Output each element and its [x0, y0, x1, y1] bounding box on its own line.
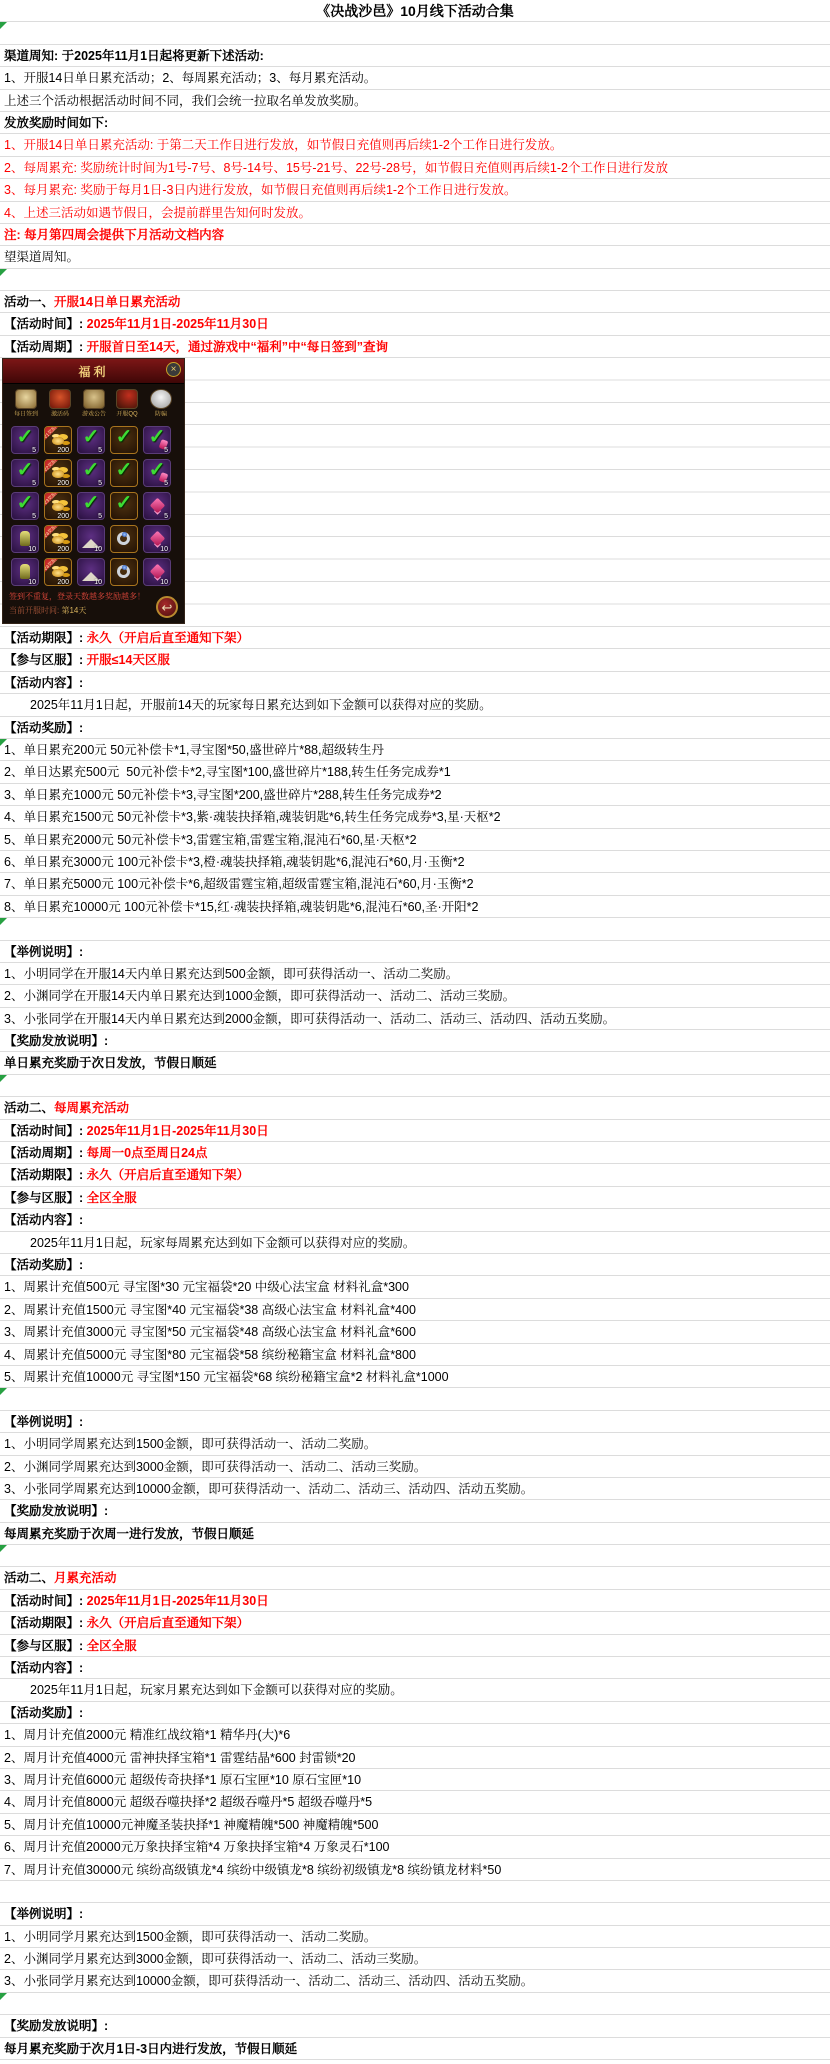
doc-row: 发放奖励时间如下: [0, 112, 830, 134]
reward-tile[interactable]: ✓5 [11, 426, 39, 454]
text-segment: 2025年11月1日-2025年11月30日 [87, 317, 269, 331]
cell-flag-triangle-icon [0, 918, 7, 925]
text-segment: 【活动内容】: [4, 1213, 83, 1227]
welfare-tab-4[interactable]: 防骗 [146, 389, 176, 419]
doc-row: 2、小渊同学在开服14天内单日累充达到1000金额，即可获得活动一、活动二、活动… [0, 985, 830, 1007]
cell-flag-triangle-icon [0, 1993, 7, 2000]
welfare-tab-label: 游戏公告 [81, 410, 107, 419]
text-segment: 【活动期限】: [4, 631, 87, 645]
text-segment: 4、周累计充值5000元 寻宝图*80 元宝福袋*58 缤纷秘籍宝盒 材料礼盒*… [4, 1348, 416, 1362]
text-segment: 4、单日累充1500元 50元补偿卡*3,紫·魂装抉择箱,魂装钥匙*6,转生任务… [4, 810, 501, 824]
blank-row [0, 1075, 830, 1097]
reward-tile[interactable]: ✓5 [11, 492, 39, 520]
text-segment: 2、周累计充值1500元 寻宝图*40 元宝福袋*38 高级心法宝盒 材料礼盒*… [4, 1303, 416, 1317]
doc-row: 6、周月计充值20000元万象抉择宝箱*4 万象抉择宝箱*4 万象灵石*100 [0, 1836, 830, 1858]
item-count: 5 [32, 513, 36, 520]
welfare-tab-icon [116, 389, 138, 409]
doc-row: 【奖励发放说明】: [0, 2015, 830, 2037]
reward-tile[interactable]: ✓5 [77, 426, 105, 454]
blank-row [0, 1881, 830, 1903]
reward-tile[interactable]: V1奖励200 [44, 426, 72, 454]
doc-row: 单日累充奖励于次日发放，节假日顺延 [0, 1052, 830, 1074]
text-segment: 每月累充奖励于次月1日-3日内进行发放，节假日顺延 [4, 2042, 297, 2056]
doc-row: 1、小明同学周累充达到1500金额，即可获得活动一、活动二奖励。 [0, 1433, 830, 1455]
text-segment: 永久（开启后直至通知下架） [87, 1168, 250, 1182]
item-count: 5 [164, 480, 168, 487]
reward-tile[interactable]: 10 [143, 525, 171, 553]
check-icon: ✓ [12, 459, 38, 482]
text-segment: 4、周月计充值8000元 超级吞噬抉择*2 超级吞噬丹*5 超级吞噬丹*5 [4, 1795, 372, 1809]
text-segment: 【奖励发放说明】: [4, 2019, 108, 2033]
cell-flag-triangle-icon [0, 269, 7, 276]
welfare-tab-label: 每日签到 [13, 410, 39, 419]
item-count: 10 [28, 546, 36, 553]
welfare-panel: 福利×每日签到激活码游戏公告开服QQ防骗✓5V1奖励200✓5✓✓5✓5V2奖励… [2, 358, 185, 624]
doc-row: 【活动奖励】: [0, 717, 830, 739]
text-segment: 2025年11月1日-2025年11月30日 [87, 1594, 269, 1608]
item-count: 10 [160, 546, 168, 553]
reward-tile[interactable]: V4奖励200 [44, 525, 72, 553]
doc-row: 【活动内容】: [0, 1209, 830, 1231]
game-screenshot-block: 福利×每日签到激活码游戏公告开服QQ防骗✓5V1奖励200✓5✓✓5✓5V2奖励… [0, 358, 830, 627]
text-segment: 2025年11月1日起，玩家每周累充达到如下金额可以获得对应的奖励。 [30, 1236, 415, 1250]
statue-icon [20, 564, 30, 579]
text-segment: 3、小张同学在开服14天内单日累充达到2000金额，即可获得活动一、活动二、活动… [4, 1012, 615, 1026]
check-icon: ✓ [78, 426, 104, 449]
reward-tile[interactable]: ✓5 [143, 459, 171, 487]
text-segment: 活动二、 [4, 1101, 54, 1115]
text-segment: 5、周累计充值10000元 寻宝图*150 元宝福袋*68 缤纷秘籍宝盒*2 材… [4, 1370, 449, 1384]
text-segment: 每周累充奖励于次周一进行发放，节假日顺延 [4, 1527, 254, 1541]
text-segment: 【参与区服】: [4, 653, 87, 667]
text-segment: 6、单日累充3000元 100元补偿卡*3,橙·魂装抉择箱,魂装钥匙*6,混沌石… [4, 855, 465, 869]
doc-row: 【活动时间】: 2025年11月1日-2025年11月30日 [0, 313, 830, 335]
welfare-tab-1[interactable]: 激活码 [45, 389, 75, 419]
doc-row: 【参与区服】: 全区全服 [0, 1635, 830, 1657]
doc-row: 每月累充奖励于次月1日-3日内进行发放，节假日顺延 [0, 2038, 830, 2060]
welfare-panel-header: 福利× [3, 359, 184, 384]
reward-tile[interactable] [110, 558, 138, 586]
activity-document: 《决战沙邑》10月线下活动合集渠道周知: 于2025年11月1日起将更新下述活动… [0, 0, 830, 2060]
reward-tile[interactable]: 10 [77, 525, 105, 553]
check-icon: ✓ [12, 426, 38, 449]
text-segment: 【活动期限】: [4, 1616, 87, 1630]
doc-row: 7、单日累充5000元 100元补偿卡*6,超级雷霆宝箱,超级雷霆宝箱,混沌石*… [0, 873, 830, 895]
text-segment: 4、上述三活动如遇节假日，会提前群里告知何时发放。 [4, 206, 311, 220]
text-segment: 【参与区服】: [4, 1639, 87, 1653]
doc-row: 【活动期限】: 永久（开启后直至通知下架） [0, 627, 830, 649]
server-day-prefix: 当前开服时间: [9, 606, 61, 615]
text-segment: 注: 每月第四周会提供下月活动文档内容 [4, 228, 224, 242]
item-count: 200 [57, 513, 69, 520]
item-count: 200 [57, 480, 69, 487]
doc-row: 【参与区服】: 全区全服 [0, 1187, 830, 1209]
blank-row [0, 1388, 830, 1410]
statue-icon [20, 531, 30, 546]
reward-tile[interactable]: 5 [143, 492, 171, 520]
item-count: 5 [32, 480, 36, 487]
doc-row: 渠道周知: 于2025年11月1日起将更新下述活动: [0, 45, 830, 67]
text-segment: 8、单日累充10000元 100元补偿卡*15,红·魂装抉择箱,魂装钥匙*6,混… [4, 900, 478, 914]
doc-row: 2、单日达累充500元 50元补偿卡*2,寻宝图*100,盛世碎片*188,转生… [0, 761, 830, 783]
text-segment: 1、周累计充值500元 寻宝图*30 元宝福袋*20 中级心法宝盒 材料礼盒*3… [4, 1280, 409, 1294]
ring-icon [117, 565, 130, 578]
text-segment: 活动二、 [4, 1571, 54, 1585]
pink-crystal-icon [150, 564, 166, 580]
doc-row: 3、周累计充值3000元 寻宝图*50 元宝福袋*48 高级心法宝盒 材料礼盒*… [0, 1321, 830, 1343]
welfare-tabs: 每日签到激活码游戏公告开服QQ防骗 [3, 384, 184, 420]
welfare-tab-0[interactable]: 每日签到 [11, 389, 41, 419]
reward-tile[interactable]: 10 [11, 558, 39, 586]
welfare-tab-label: 激活码 [47, 410, 73, 419]
doc-row: 2、小渊同学周累充达到3000金额，即可获得活动一、活动二、活动三奖励。 [0, 1456, 830, 1478]
text-segment: 7、周月计充值30000元 缤纷高级镇龙*4 缤纷中级镇龙*8 缤纷初级镇龙*8… [4, 1863, 501, 1877]
item-count: 200 [57, 579, 69, 586]
check-icon: ✓ [78, 492, 104, 515]
doc-row: 2、每周累充: 奖励统计时间为1号-7号、8号-14号、15号-21号、22号-… [0, 157, 830, 179]
doc-row: 【活动期限】: 永久（开启后直至通知下架） [0, 1164, 830, 1186]
doc-row: 【活动期限】: 永久（开启后直至通知下架） [0, 1612, 830, 1634]
doc-row: 1、周月计充值2000元 精准红战纹箱*1 精华丹(大)*6 [0, 1724, 830, 1746]
text-segment: 发放奖励时间如下: [4, 116, 108, 130]
doc-row: 3、每月累充: 奖励于每月1日-3日内进行发放，如节假日充值则再后续1-2个工作… [0, 179, 830, 201]
doc-row: 1、单日累充200元 50元补偿卡*1,寻宝图*50,盛世碎片*88,超级转生丹 [0, 739, 830, 761]
doc-row: 3、小张同学月累充达到10000金额，即可获得活动一、活动二、活动三、活动四、活… [0, 1970, 830, 1992]
doc-row: 【举例说明】: [0, 941, 830, 963]
text-segment: 7、单日累充5000元 100元补偿卡*6,超级雷霆宝箱,超级雷霆宝箱,混沌石*… [4, 877, 474, 891]
text-segment: 5、周月计充值10000元神魔圣装抉择*1 神魔精魄*500 神魔精魄*500 [4, 1818, 378, 1832]
text-segment: 【活动奖励】: [4, 1706, 83, 1720]
welfare-tab-icon [15, 389, 37, 409]
check-icon: ✓ [111, 459, 137, 482]
item-count: 10 [160, 579, 168, 586]
welfare-tab-label: 开服QQ [115, 410, 141, 419]
text-segment: 3、每月累充: 奖励于每月1日-3日内进行发放，如节假日充值则再后续1-2个工作… [4, 183, 517, 197]
doc-row: 上述三个活动根据活动时间不同，我们会统一拉取名单发放奖励。 [0, 90, 830, 112]
doc-row: 1、开服14日单日累充活动；2、每周累充活动；3、每月累充活动。 [0, 67, 830, 89]
reward-tile[interactable]: V3奖励200 [44, 492, 72, 520]
text-segment: 开服14日单日累充活动 [54, 295, 180, 309]
doc-row: 望渠道周知。 [0, 246, 830, 268]
pink-crystal-icon [150, 531, 166, 547]
text-segment: 【活动奖励】: [4, 1258, 83, 1272]
item-count: 5 [98, 480, 102, 487]
text-segment: 渠道周知: 于2025年11月1日起将更新下述活动: [4, 49, 264, 63]
ring-icon [117, 532, 130, 545]
text-segment: 2、小渊同学月累充达到3000金额，即可获得活动一、活动二、活动三奖励。 [4, 1952, 426, 1966]
doc-row: 5、周月计充值10000元神魔圣装抉择*1 神魔精魄*500 神魔精魄*500 [0, 1814, 830, 1836]
text-segment: 【举例说明】: [4, 1415, 83, 1429]
text-segment: 2、小渊同学在开服14天内单日累充达到1000金额，即可获得活动一、活动二、活动… [4, 989, 515, 1003]
item-count: 5 [164, 513, 168, 520]
doc-row: 注: 每月第四周会提供下月活动文档内容 [0, 224, 830, 246]
blank-row [0, 918, 830, 940]
item-count: 5 [32, 447, 36, 454]
check-icon: ✓ [12, 492, 38, 515]
text-segment: 单日累充奖励于次日发放，节假日顺延 [4, 1056, 217, 1070]
doc-row: 1、周累计充值500元 寻宝图*30 元宝福袋*20 中级心法宝盒 材料礼盒*3… [0, 1276, 830, 1298]
text-segment: 【参与区服】: [4, 1191, 87, 1205]
doc-row: 2、小渊同学月累充达到3000金额，即可获得活动一、活动二、活动三奖励。 [0, 1948, 830, 1970]
text-segment: 3、小张同学月累充达到10000金额，即可获得活动一、活动二、活动三、活动四、活… [4, 1974, 533, 1988]
reward-tile[interactable]: 10 [143, 558, 171, 586]
text-segment: 【活动时间】: [4, 1594, 87, 1608]
doc-row: 8、单日累充10000元 100元补偿卡*15,红·魂装抉择箱,魂装钥匙*6,混… [0, 896, 830, 918]
welfare-panel-title: 福利 [78, 363, 108, 380]
doc-row: 7、周月计充值30000元 缤纷高级镇龙*4 缤纷中级镇龙*8 缤纷初级镇龙*8… [0, 1859, 830, 1881]
doc-row: 3、单日累充1000元 50元补偿卡*3,寻宝图*200,盛世碎片*288,转生… [0, 784, 830, 806]
doc-row: 【活动时间】: 2025年11月1日-2025年11月30日 [0, 1120, 830, 1142]
item-count: 200 [57, 447, 69, 454]
text-segment: 开服≤14天区服 [87, 653, 170, 667]
doc-row: 3、小张同学在开服14天内单日累充达到2000金额，即可获得活动一、活动二、活动… [0, 1008, 830, 1030]
doc-row: 【活动奖励】: [0, 1702, 830, 1724]
text-segment: 永久（开启后直至通知下架） [87, 1616, 250, 1630]
reward-tile[interactable]: ✓5 [143, 426, 171, 454]
text-segment: 【活动时间】: [4, 317, 87, 331]
text-segment: 1、开服14日单日累充活动；2、每周累充活动；3、每月累充活动。 [4, 71, 376, 85]
text-segment: 每周累充活动 [54, 1101, 129, 1115]
cell-flag-triangle-icon [0, 739, 7, 746]
welfare-tab-2[interactable]: 游戏公告 [79, 389, 109, 419]
item-count: 10 [94, 579, 102, 586]
text-segment: 1、小明同学周累充达到1500金额，即可获得活动一、活动二奖励。 [4, 1437, 376, 1451]
text-segment: 2025年11月1日-2025年11月30日 [87, 1124, 269, 1138]
text-segment: 月累充活动 [54, 1571, 117, 1585]
reward-tile[interactable]: 10 [11, 525, 39, 553]
reward-tile[interactable]: V4奖励200 [44, 558, 72, 586]
item-count: 10 [28, 579, 36, 586]
doc-row: 【奖励发放说明】: [0, 1030, 830, 1052]
text-segment: 3、单日累充1000元 50元补偿卡*3,寻宝图*200,盛世碎片*288,转生… [4, 788, 442, 802]
doc-row: 2025年11月1日起，玩家每周累充达到如下金额可以获得对应的奖励。 [0, 1232, 830, 1254]
text-segment: 望渠道周知。 [4, 250, 79, 264]
doc-row: 2、周月计充值4000元 雷神抉择宝箱*1 雷霆结晶*600 封雷锁*20 [0, 1747, 830, 1769]
cell-flag-triangle-icon [0, 1388, 7, 1395]
text-segment: 【奖励发放说明】: [4, 1504, 108, 1518]
reward-tile[interactable]: ✓5 [11, 459, 39, 487]
doc-row: 4、周累计充值5000元 寻宝图*80 元宝福袋*58 缤纷秘籍宝盒 材料礼盒*… [0, 1344, 830, 1366]
cell-flag-triangle-icon [0, 1075, 7, 1082]
doc-row: 1、开服14日单日累充活动: 于第二天工作日进行发放，如节假日充值则再后续1-2… [0, 134, 830, 156]
doc-row: 4、上述三活动如遇节假日，会提前群里告知何时发放。 [0, 202, 830, 224]
pink-crystal-icon [150, 498, 166, 514]
server-day-value: 第14天 [61, 606, 86, 615]
doc-row: 【参与区服】: 开服≤14天区服 [0, 649, 830, 671]
text-segment: 全区全服 [87, 1191, 137, 1205]
text-segment: 1、小明同学月累充达到1500金额，即可获得活动一、活动二奖励。 [4, 1930, 376, 1944]
text-segment: 1、单日累充200元 50元补偿卡*1,寻宝图*50,盛世碎片*88,超级转生丹 [4, 743, 384, 757]
doc-row: 【活动周期】: 开服首日至14天，通过游戏中“福利”中“每日签到”查询 [0, 336, 830, 358]
doc-row: 3、小张同学周累充达到10000金额，即可获得活动一、活动二、活动三、活动四、活… [0, 1478, 830, 1500]
check-icon: ✓ [78, 459, 104, 482]
text-segment: 6、周月计充值20000元万象抉择宝箱*4 万象抉择宝箱*4 万象灵石*100 [4, 1840, 390, 1854]
blank-row [0, 1993, 830, 2015]
text-segment: 【活动周期】: [4, 340, 87, 354]
text-segment: 1、开服14日单日累充活动: 于第二天工作日进行发放，如节假日充值则再后续1-2… [4, 138, 562, 152]
text-segment: 【活动周期】: [4, 1146, 87, 1160]
text-segment: 【活动期限】: [4, 1168, 87, 1182]
cell-flag-triangle-icon [0, 22, 7, 29]
text-segment: 5、单日累充2000元 50元补偿卡*3,雷霆宝箱,雷霆宝箱,混沌石*60,星·… [4, 833, 417, 847]
reward-tile[interactable]: V2奖励200 [44, 459, 72, 487]
item-count: 200 [57, 546, 69, 553]
reward-tile[interactable]: ✓5 [77, 459, 105, 487]
text-segment: 【奖励发放说明】: [4, 1034, 108, 1048]
doc-row: 2、周累计充值1500元 寻宝图*40 元宝福袋*38 高级心法宝盒 材料礼盒*… [0, 1299, 830, 1321]
text-segment: 《决战沙邑》10月线下活动合集 [316, 3, 514, 19]
doc-row: 5、单日累充2000元 50元补偿卡*3,雷霆宝箱,雷霆宝箱,混沌石*60,星·… [0, 829, 830, 851]
reward-tile[interactable]: ✓ [110, 459, 138, 487]
text-segment: 【活动奖励】: [4, 721, 83, 735]
blank-row [0, 22, 830, 44]
page-title: 《决战沙邑》10月线下活动合集 [0, 0, 830, 22]
text-segment: 活动一、 [4, 295, 54, 309]
doc-row: 1、小明同学月累充达到1500金额，即可获得活动一、活动二奖励。 [0, 1926, 830, 1948]
text-segment: 2025年11月1日起，开服前14天的玩家每日累充达到如下金额可以获得对应的奖励… [30, 698, 492, 712]
doc-row: 【活动内容】: [0, 672, 830, 694]
doc-row: 4、单日累充1500元 50元补偿卡*3,紫·魂装抉择箱,魂装钥匙*6,转生任务… [0, 806, 830, 828]
doc-row: 5、周累计充值10000元 寻宝图*150 元宝福袋*68 缤纷秘籍宝盒*2 材… [0, 1366, 830, 1388]
item-count: 5 [98, 447, 102, 454]
text-segment: 2、单日达累充500元 50元补偿卡*2,寻宝图*100,盛世碎片*188,转生… [4, 765, 451, 779]
text-segment: 3、周月计充值6000元 超级传奇抉择*1 原石宝匣*10 原石宝匣*10 [4, 1773, 361, 1787]
text-segment: 2025年11月1日起，玩家月累充达到如下金额可以获得对应的奖励。 [30, 1683, 403, 1697]
reward-tile[interactable]: 10 [77, 558, 105, 586]
doc-row: 【活动时间】: 2025年11月1日-2025年11月30日 [0, 1590, 830, 1612]
text-segment: 【活动内容】: [4, 1661, 83, 1675]
text-segment: 【活动内容】: [4, 676, 83, 690]
blank-row [0, 1545, 830, 1567]
text-segment: 【举例说明】: [4, 945, 83, 959]
doc-row: 【奖励发放说明】: [0, 1500, 830, 1522]
text-segment: 2、小渊同学周累充达到3000金额，即可获得活动一、活动二、活动三奖励。 [4, 1460, 426, 1474]
text-segment: 【举例说明】: [4, 1907, 83, 1921]
reward-tile[interactable]: ✓ [110, 492, 138, 520]
doc-row: 活动二、月累充活动 [0, 1567, 830, 1589]
signin-reward-grid: ✓5V1奖励200✓5✓✓5✓5V2奖励200✓5✓✓5✓5V3奖励200✓5✓… [3, 420, 184, 588]
doc-row: 活动一、开服14日单日累充活动 [0, 291, 830, 313]
text-segment: 3、小张同学周累充达到10000金额，即可获得活动一、活动二、活动三、活动四、活… [4, 1482, 533, 1496]
text-segment: 2、周月计充值4000元 雷神抉择宝箱*1 雷霆结晶*600 封雷锁*20 [4, 1751, 355, 1765]
doc-row: 【活动内容】: [0, 1657, 830, 1679]
blank-row [0, 269, 830, 291]
check-icon: ✓ [111, 426, 137, 449]
doc-row: 6、单日累充3000元 100元补偿卡*3,橙·魂装抉择箱,魂装钥匙*6,混沌石… [0, 851, 830, 873]
reward-tile[interactable] [110, 525, 138, 553]
text-segment: 每周一0点至周日24点 [87, 1146, 208, 1160]
doc-row: 【活动周期】: 每周一0点至周日24点 [0, 1142, 830, 1164]
doc-row: 【举例说明】: [0, 1411, 830, 1433]
doc-row: 每周累充奖励于次周一进行发放，节假日顺延 [0, 1523, 830, 1545]
welfare-tab-icon [150, 389, 172, 409]
reward-tile[interactable]: ✓ [110, 426, 138, 454]
doc-row: 4、周月计充值8000元 超级吞噬抉择*2 超级吞噬丹*5 超级吞噬丹*5 [0, 1791, 830, 1813]
welfare-tab-icon [83, 389, 105, 409]
doc-row: 2025年11月1日起，玩家月累充达到如下金额可以获得对应的奖励。 [0, 1679, 830, 1701]
reward-tile[interactable]: ✓5 [77, 492, 105, 520]
cell-flag-triangle-icon [0, 1545, 7, 1552]
welfare-tab-label: 防骗 [148, 410, 174, 419]
text-segment: 3、周累计充值3000元 寻宝图*50 元宝福袋*48 高级心法宝盒 材料礼盒*… [4, 1325, 416, 1339]
text-segment: 永久（开启后直至通知下架） [87, 631, 250, 645]
doc-row: 2025年11月1日起，开服前14天的玩家每日累充达到如下金额可以获得对应的奖励… [0, 694, 830, 716]
text-segment: 上述三个活动根据活动时间不同，我们会统一拉取名单发放奖励。 [4, 94, 367, 108]
welfare-tab-icon [49, 389, 71, 409]
item-count: 10 [94, 546, 102, 553]
item-count: 5 [98, 513, 102, 520]
text-segment: 2、每周累充: 奖励统计时间为1号-7号、8号-14号、15号-21号、22号-… [4, 161, 668, 175]
doc-row: 3、周月计充值6000元 超级传奇抉择*1 原石宝匣*10 原石宝匣*10 [0, 1769, 830, 1791]
doc-row: 【举例说明】: [0, 1903, 830, 1925]
item-count: 5 [164, 447, 168, 454]
doc-row: 【活动奖励】: [0, 1254, 830, 1276]
text-segment: 开服首日至14天，通过游戏中“福利”中“每日签到”查询 [87, 340, 388, 354]
close-icon[interactable]: × [166, 362, 181, 377]
welfare-tab-3[interactable]: 开服QQ [112, 389, 142, 419]
text-segment: 【活动时间】: [4, 1124, 87, 1138]
text-segment: 1、小明同学在开服14天内单日累充达到500金额，即可获得活动一、活动二奖励。 [4, 967, 458, 981]
text-segment: 全区全服 [87, 1639, 137, 1653]
doc-row: 活动二、每周累充活动 [0, 1097, 830, 1119]
check-icon: ✓ [111, 492, 137, 515]
text-segment: 1、周月计充值2000元 精准红战纹箱*1 精华丹(大)*6 [4, 1728, 290, 1742]
doc-row: 1、小明同学在开服14天内单日累充达到500金额，即可获得活动一、活动二奖励。 [0, 963, 830, 985]
